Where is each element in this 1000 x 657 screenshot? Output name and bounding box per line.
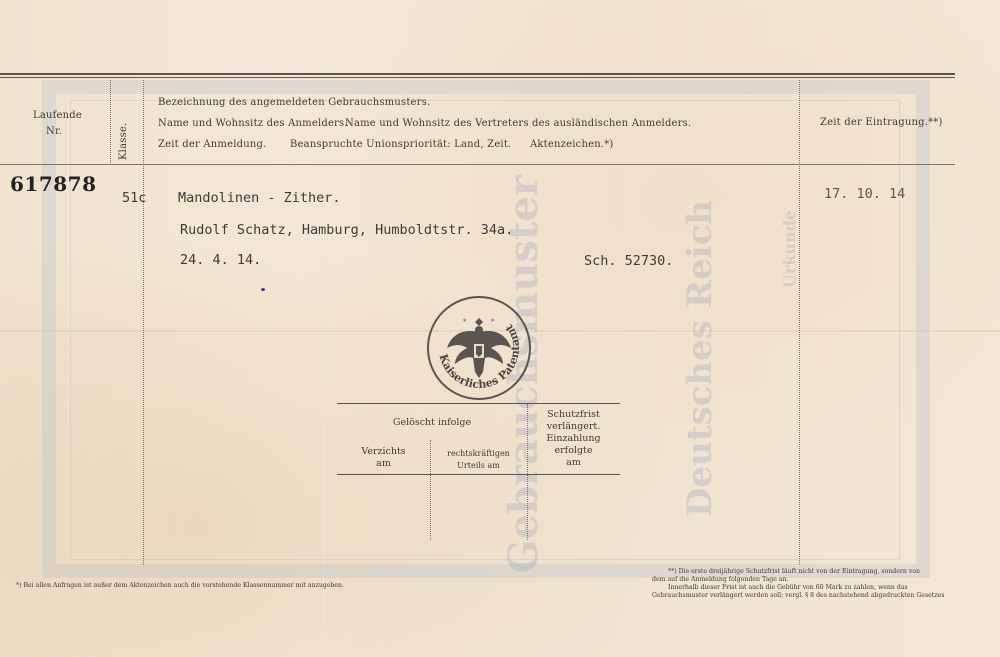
entry-zeit-anmeldung: 24. 4. 14. [180, 252, 261, 268]
ink-speck [261, 288, 265, 291]
header-vertreter: Name und Wohnsitz des Vertreters des aus… [345, 118, 691, 129]
geloescht-header: Gelöscht infolge [337, 417, 527, 429]
footnote-2-line3: Innerhalb dieser Frist ist auch die Gebü… [668, 584, 908, 591]
entry-anmelder: Rudolf Schatz, Hamburg, Humboldtstr. 34a… [180, 222, 513, 238]
schutzfrist-line5: am [527, 457, 620, 469]
entry-zeit-eintragung: 17. 10. 14 [824, 186, 905, 202]
header-zeit-anmeldung: Zeit der Anmeldung. [158, 139, 266, 150]
schutzfrist-line4: erfolgte [527, 445, 620, 457]
footnote-2-line2: dem auf die Anmeldung folgenden Tage an. [652, 576, 789, 583]
urteil-line2: Urteils am [430, 460, 527, 472]
column-separator [110, 80, 111, 165]
verzicht-header: Verzichts am [337, 446, 430, 470]
footnote-2-line4: Gebrauchsmuster verlängert werden soll; … [652, 592, 944, 599]
cancellation-table-header-bottom [337, 474, 620, 475]
patent-office-seal: * * Kaiserliches Patentamt [427, 296, 531, 400]
column-separator [143, 80, 144, 565]
schutzfrist-line3: Einzahlung [527, 433, 620, 445]
header-unionsprioritaet: Beanspruchte Unionspriorität: Land, Zeit… [290, 139, 511, 150]
header-anmelder: Name und Wohnsitz des Anmelders. [158, 118, 348, 129]
registration-number: 617878 [10, 172, 97, 196]
header-bottom-rule [0, 164, 955, 165]
header-aktenzeichen: Aktenzeichen.*) [530, 139, 614, 150]
entry-klasse: 51c [122, 190, 146, 206]
header-zeit-eintragung: Zeit der Eintragung.**) [820, 117, 943, 128]
schutzfrist-header: Schutzfrist verlängert. Einzahlung erfol… [527, 409, 620, 469]
header-laufende-nr: Laufende [33, 110, 82, 121]
header-bezeichnung: Bezeichnung des angemeldeten Gebrauchsmu… [158, 97, 430, 108]
cancellation-table-top [337, 403, 620, 404]
schutzfrist-line2: verlängert. [527, 421, 620, 433]
header-klasse: Klasse. [118, 123, 129, 160]
entry-aktenzeichen: Sch. 52730. [584, 253, 673, 269]
header-laufende-nr-2: Nr. [46, 126, 62, 137]
schutzfrist-line1: Schutzfrist [527, 409, 620, 421]
watermark-text: Deutsches Reich [680, 200, 720, 517]
verzicht-line2: am [337, 458, 430, 470]
watermark-text: Urkunde [780, 210, 799, 288]
entry-bezeichnung: Mandolinen - Zither. [178, 190, 341, 206]
table-top-rule [0, 73, 955, 78]
verzicht-line1: Verzichts [337, 446, 430, 458]
column-separator [799, 80, 800, 565]
svg-text:Kaiserliches Patentamt: Kaiserliches Patentamt [437, 321, 522, 391]
footnote-1: *) Bei allen Anfragen ist außer dem Akte… [16, 582, 344, 589]
urteil-line1: rechtskräftigen [430, 448, 527, 460]
urteil-header: rechtskräftigen Urteils am [430, 448, 527, 472]
seal-text: Kaiserliches Patentamt [437, 321, 522, 391]
footnote-2-line1: **) Die erste dreijährige Schutzfrist lä… [668, 568, 920, 575]
